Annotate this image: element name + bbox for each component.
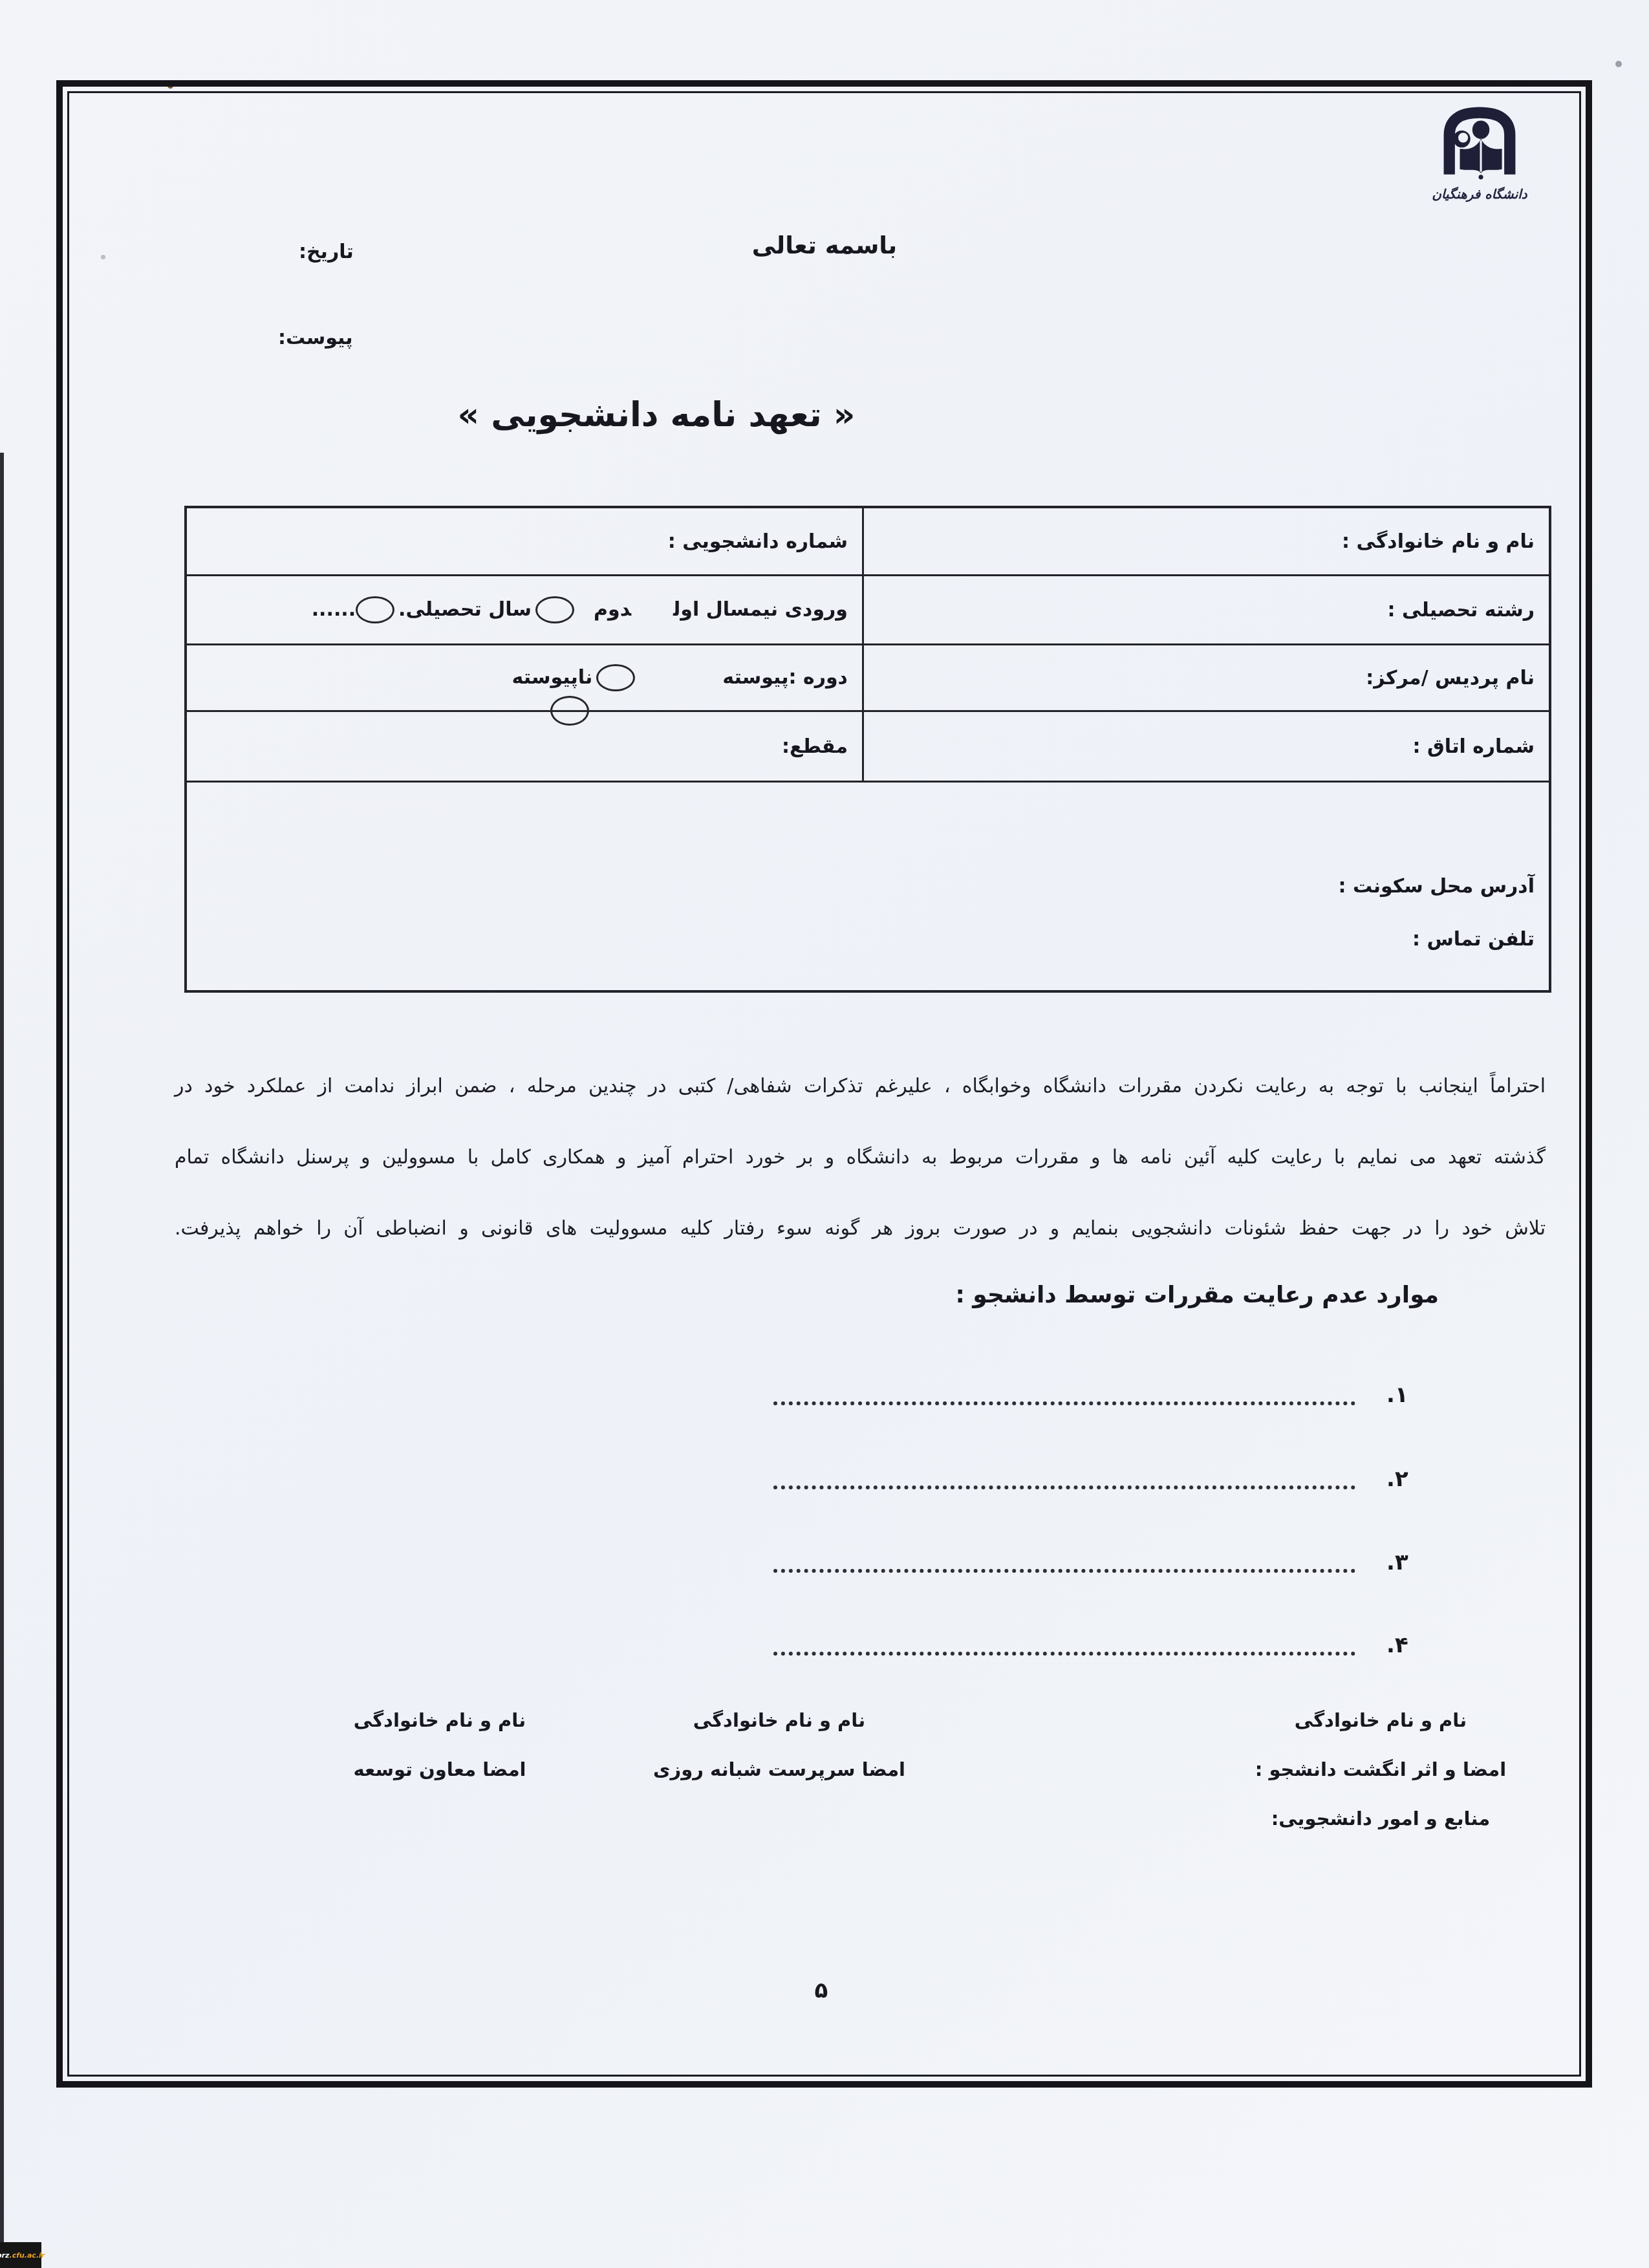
entry-year-dots: ...... xyxy=(312,598,356,621)
room-label: شماره اتاق : xyxy=(1413,735,1535,758)
signature-block-student: نام و نام خانوادگی امضا و اثر انگشت دانش… xyxy=(1238,1696,1523,1843)
university-logo-caption: دانشگاه فرهنگیان xyxy=(1428,186,1531,202)
university-logo: دانشگاه فرهنگیان xyxy=(1428,106,1531,202)
violation-number: ۱. xyxy=(1386,1382,1408,1408)
course-continuous-circle xyxy=(596,664,635,691)
supervisor-signature-label: امضا سرپرست شبانه روزی xyxy=(637,1745,921,1794)
bismillah-text: باسمه تعالی xyxy=(0,232,1649,259)
scanned-document-page: دانشگاه فرهنگیان باسمه تعالی تاریخ: پیوس… xyxy=(0,0,1649,2268)
student-signature-label: امضا و اثر انگشت دانشجو : xyxy=(1238,1745,1523,1794)
room-cell: شماره اتاق : xyxy=(863,711,1551,782)
violation-number: ۲. xyxy=(1386,1466,1408,1492)
course-discontinuous-label: ناپیوسته xyxy=(512,666,592,689)
address-label: آدرس محل سکونت : xyxy=(1339,875,1535,898)
watermark-prefix: prz xyxy=(0,2251,9,2260)
violation-dotted-line xyxy=(773,1457,1355,1489)
major-cell: رشته تحصیلی : xyxy=(863,576,1551,645)
entry-year-option-circle xyxy=(356,596,394,623)
attachment-label: پیوست: xyxy=(278,327,353,349)
course-discontinuous-circle xyxy=(550,696,589,726)
site-watermark: prz.cfu.ac.ir xyxy=(0,2242,41,2268)
violations-heading: موارد عدم رعایت مقررات توسط دانشجو : xyxy=(955,1282,1439,1308)
campus-cell: نام پردیس /مرکز: xyxy=(863,645,1551,711)
student-name-label: نام و نام خانوادگی xyxy=(1238,1696,1523,1745)
phone-label: تلفن تماس : xyxy=(1412,928,1535,951)
scan-edge-strip xyxy=(0,453,4,2268)
course-cell: دوره :پیوستهناپیوسته xyxy=(186,645,863,711)
deputy-name-label: نام و نام خانوادگی xyxy=(297,1696,582,1745)
violation-item-3: ۳. xyxy=(773,1540,1414,1573)
student-number-label: شماره دانشجویی : xyxy=(668,530,848,553)
entry-second-option-circle xyxy=(535,596,574,623)
violation-dotted-line xyxy=(773,1373,1355,1405)
degree-cell: مقطع: xyxy=(186,711,863,782)
page-number: ۵ xyxy=(795,1978,847,2003)
major-label: رشته تحصیلی : xyxy=(1388,599,1535,621)
document-title: « تعهد نامه دانشجویی » xyxy=(411,396,902,435)
violation-item-4: ۴. xyxy=(773,1623,1414,1656)
university-logo-icon xyxy=(1440,106,1519,182)
student-info-table: نام و نام خانوادگی : شماره دانشجویی : رش… xyxy=(184,506,1551,993)
date-label: تاریخ: xyxy=(299,241,354,263)
violation-item-2: ۲. xyxy=(773,1457,1414,1489)
entry-second-label: دوم xyxy=(594,598,631,621)
course-label: دوره :پیوسته xyxy=(722,666,848,689)
degree-label: مقطع: xyxy=(782,735,848,758)
student-affairs-label: منابع و امور دانشجویی: xyxy=(1238,1794,1523,1843)
entry-year-label: سال تحصیلی. xyxy=(398,598,532,621)
scan-speck xyxy=(1615,61,1622,67)
violation-number: ۴. xyxy=(1386,1632,1408,1658)
commitment-line-1: احتراماً اینجانب با توجه به رعایت نکردن … xyxy=(175,1075,1546,1097)
entry-label: ورودی نیمسال اول xyxy=(673,598,848,621)
signature-block-supervisor: نام و نام خانوادگی امضا سرپرست شبانه روز… xyxy=(637,1696,921,1794)
supervisor-name-label: نام و نام خانوادگی xyxy=(637,1696,921,1745)
commitment-line-2: گذشته تعهد می نمایم با رعایت کلیه آئین ن… xyxy=(175,1146,1546,1169)
violation-dotted-line xyxy=(773,1540,1355,1573)
student-number-cell: شماره دانشجویی : xyxy=(186,507,863,576)
violation-dotted-line xyxy=(773,1623,1355,1656)
violation-number: ۳. xyxy=(1386,1550,1408,1575)
deputy-signature-label: امضا معاون توسعه xyxy=(297,1745,582,1794)
violation-item-1: ۱. xyxy=(773,1373,1414,1405)
signature-block-deputy: نام و نام خانوادگی امضا معاون توسعه xyxy=(297,1696,582,1794)
name-cell: نام و نام خانوادگی : xyxy=(863,507,1551,576)
name-label: نام و نام خانوادگی : xyxy=(1342,530,1535,553)
entry-cell: ورودی نیمسال اولدومسال تحصیلی....... xyxy=(186,576,863,645)
commitment-line-3: تلاش خود را در جهت حفظ شئونات دانشجویی ب… xyxy=(175,1217,1546,1240)
watermark-suffix: .cfu.ac.ir xyxy=(9,2251,45,2260)
address-phone-cell: آدرس محل سکونت : تلفن تماس : xyxy=(186,782,1550,992)
campus-label: نام پردیس /مرکز: xyxy=(1366,667,1535,689)
